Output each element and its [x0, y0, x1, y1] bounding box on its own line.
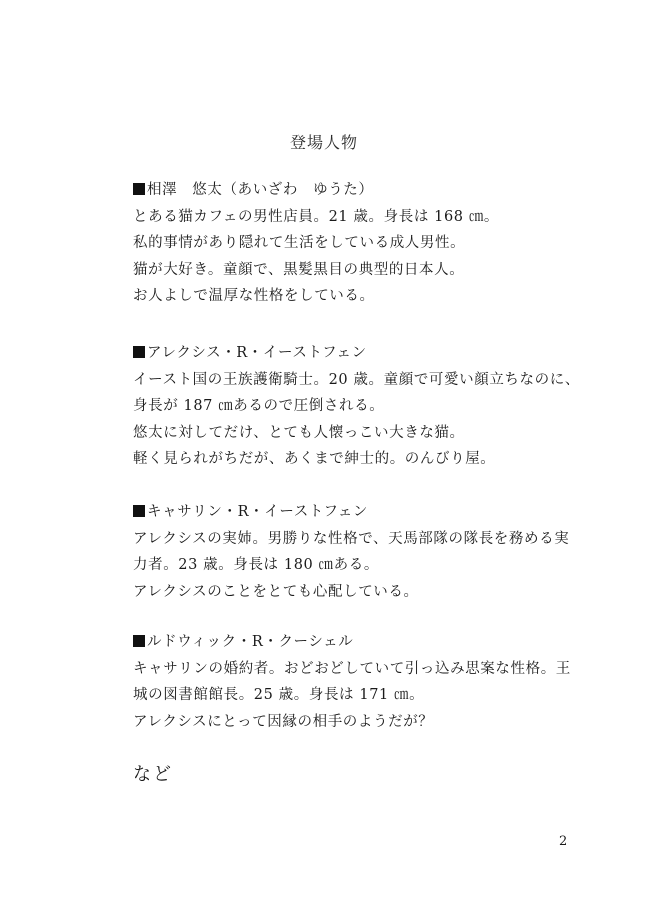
character-name: ルドウィック・R・クーシェル	[147, 634, 353, 650]
page-title: 登場人物	[0, 130, 648, 153]
character-entry-catherine: キャサリン・R・イーストフェン アレクシスの実姉。男勝りな性格で、天馬部隊の隊長…	[133, 499, 573, 605]
character-description-line: 私的事情があり隠れて生活をしている成人男性。	[133, 230, 573, 257]
square-bullet-icon	[133, 505, 145, 517]
page-number: 2	[559, 834, 567, 849]
square-bullet-icon	[133, 346, 145, 358]
character-description-line: 軽く見られがちだが、あくまで紳士的。のんびり屋。	[133, 446, 573, 473]
square-bullet-icon	[133, 635, 145, 647]
character-description-line: キャサリンの婚約者。おどおどしていて引っ込み思案な性格。王	[133, 656, 573, 683]
character-description-line: アレクシスの実姉。男勝りな性格で、天馬部隊の隊長を務める実	[133, 526, 573, 553]
character-description-line: お人よしで温厚な性格をしている。	[133, 283, 573, 310]
character-name: キャサリン・R・イーストフェン	[147, 504, 368, 520]
character-description-line: 猫が大好き。童顔で、黒髪黒目の典型的日本人。	[133, 257, 573, 284]
character-heading: 相澤 悠太（あいざわ ゆうた）	[133, 177, 573, 204]
character-heading: ルドウィック・R・クーシェル	[133, 629, 573, 656]
character-entry-alexis: アレクシス・R・イーストフェン イースト国の王族護衛騎士。20 歳。童顔で可愛い…	[133, 340, 573, 473]
character-description-line: とある猫カフェの男性店員。21 歳。身長は 168 ㎝。	[133, 204, 573, 231]
square-bullet-icon	[133, 183, 145, 195]
character-heading: キャサリン・R・イーストフェン	[133, 499, 573, 526]
character-entry-ludwick: ルドウィック・R・クーシェル キャサリンの婚約者。おどおどしていて引っ込み思案な…	[133, 629, 573, 735]
etc-label: など	[133, 760, 173, 786]
character-description-line: 城の図書館館長。25 歳。身長は 171 ㎝。	[133, 682, 573, 709]
character-description-line: 悠太に対してだけ、とても人懐っこい大きな猫。	[133, 420, 573, 447]
character-name: 相澤 悠太（あいざわ ゆうた）	[147, 182, 374, 198]
character-description-line: 身長が 187 ㎝あるので圧倒される。	[133, 393, 573, 420]
character-name: アレクシス・R・イーストフェン	[147, 345, 367, 361]
character-description-line: アレクシスのことをとても心配している。	[133, 579, 573, 606]
character-heading: アレクシス・R・イーストフェン	[133, 340, 573, 367]
character-description-line: アレクシスにとって因縁の相手のようだが？	[133, 709, 573, 736]
character-description-line: イースト国の王族護衛騎士。20 歳。童顔で可愛い顔立ちなのに、	[133, 367, 573, 394]
character-entry-aizawa: 相澤 悠太（あいざわ ゆうた） とある猫カフェの男性店員。21 歳。身長は 16…	[133, 177, 573, 310]
character-description-line: 力者。23 歳。身長は 180 ㎝ある。	[133, 552, 573, 579]
